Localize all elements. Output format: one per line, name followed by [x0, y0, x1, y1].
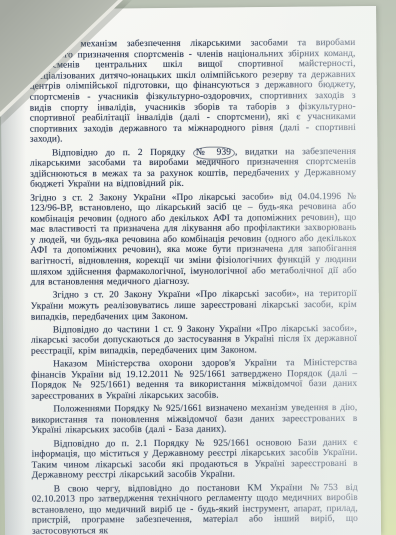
paragraph: визначено механізм забезпечення лікарськ…	[29, 38, 356, 146]
paper-sheet: визначено механізм забезпечення лікарськ…	[0, 6, 381, 535]
paragraph-text: Відповідно до п. 2 Порядку	[52, 147, 193, 158]
paragraph: Відповідно до частини 1 ст. 9 Закону Укр…	[31, 324, 357, 357]
paragraph: Згідно з ст. 2 Закону України «Про лікар…	[30, 191, 356, 288]
paragraph: Відповідно до п. 2 Порядку № 939, видатк…	[30, 146, 356, 190]
paragraph: Наказом Міністерства охорони здоров'я Ук…	[31, 358, 357, 402]
paragraph: Відповідно до п. 2.1 Порядку № 925/1661 …	[31, 437, 357, 481]
document-text: визначено механізм забезпечення лікарськ…	[29, 38, 358, 535]
paragraph: В свою чергу, відповідно до постанови КМ…	[32, 482, 358, 535]
document-photo: визначено механізм забезпечення лікарськ…	[0, 0, 396, 535]
paragraph: Згідно з ст. 20 Закону України «Про ліка…	[31, 289, 357, 322]
paragraph: Положеннями Порядку № 925/1661 визначено…	[31, 403, 357, 436]
